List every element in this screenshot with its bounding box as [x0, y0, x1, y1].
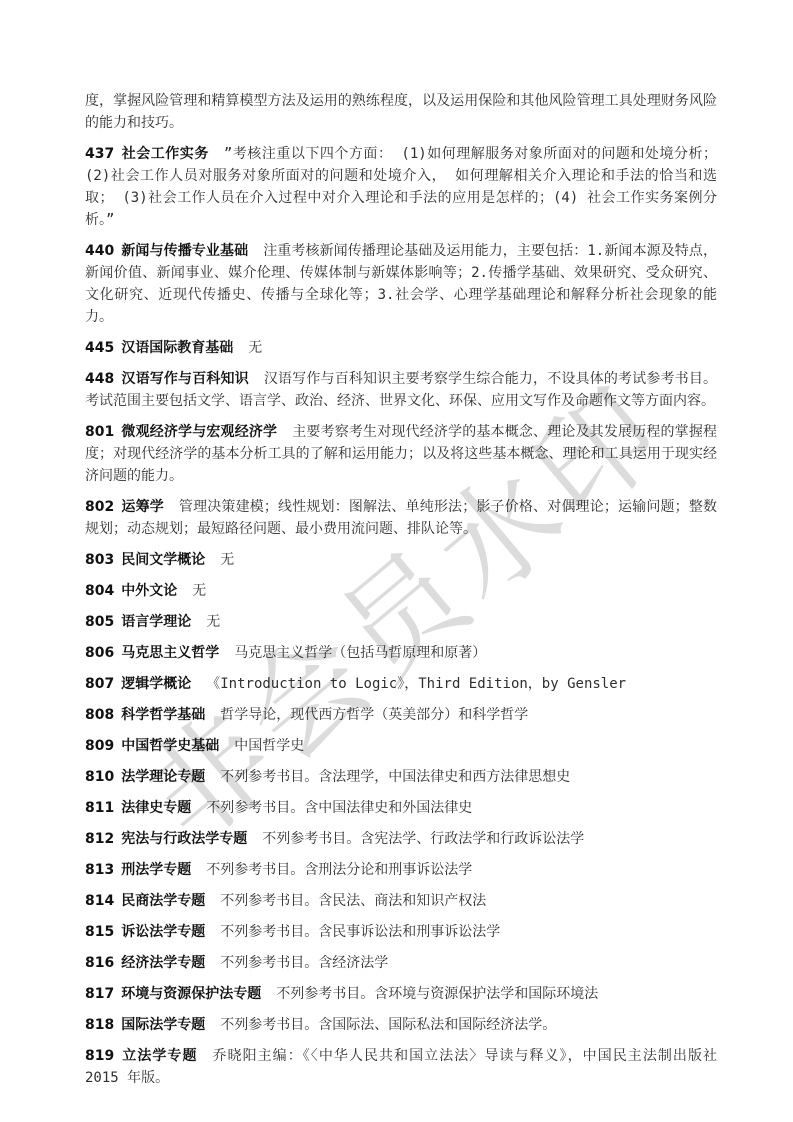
subject-code: 805: [85, 614, 114, 630]
subject-heading: 809中国哲学史基础: [85, 738, 219, 754]
subject-title: 法律史专题: [121, 800, 191, 816]
subject-entry: 802运筹学管理决策建模；线性规划：图解法、单纯形法；影子价格、对偶理论；运输问…: [85, 496, 717, 540]
subject-heading: 803民间文学概论: [85, 552, 205, 568]
subject-entry: 437社会工作实务”考核注重以下四个方面： (1)如何理解服务对象所面对的问题和…: [85, 143, 717, 231]
subject-code: 817: [85, 986, 114, 1002]
subject-heading: 814民商法学专题: [85, 893, 205, 909]
subject-title: 环境与资源保护法专题: [121, 986, 261, 1002]
subject-description: 管理决策建模；线性规划：图解法、单纯形法；影子价格、对偶理论；运输问题；整数规划…: [85, 499, 717, 537]
subject-code: 807: [85, 676, 114, 692]
subject-description: 不列参考书目。含经济法学: [220, 955, 388, 971]
subject-code: 440: [85, 243, 114, 259]
subject-title: 新闻与传播专业基础: [121, 243, 248, 259]
subject-entry: 440新闻与传播专业基础注重考核新闻传播理论基础及运用能力，主要包括：1.新闻本…: [85, 240, 717, 328]
subject-entry: 815诉讼法学专题不列参考书目。含民事诉讼法和刑事诉讼法学: [85, 921, 717, 943]
subject-title: 微观经济学与宏观经济学: [121, 424, 277, 440]
subject-title: 民商法学专题: [121, 893, 205, 909]
subject-heading: 807逻辑学概论: [85, 676, 191, 692]
subject-description: 无: [192, 583, 206, 599]
subject-heading: 810法学理论专题: [85, 769, 205, 785]
subject-title: 法学理论专题: [121, 769, 205, 785]
intro-paragraph: 度，掌握风险管理和精算模型方法及运用的熟练程度，以及运用保险和其他风险管理工具处…: [85, 90, 717, 134]
subject-entry: 803民间文学概论无: [85, 549, 717, 571]
subject-entry: 819立法学专题乔晓阳主编：《〈中华人民共和国立法法〉导读与释义》，中国民主法制…: [85, 1045, 717, 1089]
subject-code: 801: [85, 424, 114, 440]
document-content: 度，掌握风险管理和精算模型方法及运用的熟练程度，以及运用保险和其他风险管理工具处…: [85, 90, 717, 1098]
subject-description: 不列参考书目。含法理学，中国法律史和西方法律思想史: [220, 769, 570, 785]
subject-entry: 814民商法学专题不列参考书目。含民法、商法和知识产权法: [85, 890, 717, 912]
subject-title: 诉讼法学专题: [121, 924, 205, 940]
subject-heading: 437社会工作实务: [85, 146, 209, 162]
subject-title: 语言学理论: [121, 614, 191, 630]
subject-code: 813: [85, 862, 114, 878]
subject-description: 马克思主义哲学（包括马哲原理和原著）: [234, 645, 486, 661]
subject-title: 社会工作实务: [121, 146, 209, 162]
subject-title: 运筹学: [121, 499, 164, 515]
subject-code: 804: [85, 583, 114, 599]
subject-heading: 806马克思主义哲学: [85, 645, 219, 661]
subject-code: 815: [85, 924, 114, 940]
subject-entry: 816经济法学专题不列参考书目。含经济法学: [85, 952, 717, 974]
subject-heading: 445汉语国际教育基础: [85, 340, 233, 356]
subject-code: 814: [85, 893, 114, 909]
subject-code: 819: [85, 1048, 114, 1064]
subject-title: 民间文学概论: [121, 552, 205, 568]
subject-title: 国际法学专题: [121, 1017, 205, 1033]
subject-code: 818: [85, 1017, 114, 1033]
subject-description: 无: [206, 614, 220, 630]
subject-code: 811: [85, 800, 114, 816]
subject-heading: 448汉语写作与百科知识: [85, 371, 249, 387]
subject-heading: 812宪法与行政法学专题: [85, 831, 247, 847]
subject-title: 立法学专题: [121, 1048, 197, 1064]
subject-entry: 813刑法学专题不列参考书目。含刑法分论和刑事诉讼法学: [85, 859, 717, 881]
subject-title: 中外文论: [121, 583, 177, 599]
subject-code: 809: [85, 738, 114, 754]
subject-description: 不列参考书目。含民事诉讼法和刑事诉讼法学: [220, 924, 500, 940]
subject-entry: 811法律史专题不列参考书目。含中国法律史和外国法律史: [85, 797, 717, 819]
subject-code: 812: [85, 831, 114, 847]
subject-entry: 817环境与资源保护法专题不列参考书目。含环境与资源保护法学和国际环境法: [85, 983, 717, 1005]
subject-entry: 809中国哲学史基础中国哲学史: [85, 735, 717, 757]
subject-entry: 812宪法与行政法学专题不列参考书目。含宪法学、行政法学和行政诉讼法学: [85, 828, 717, 850]
subject-description: 无: [220, 552, 234, 568]
subject-code: 802: [85, 499, 114, 515]
subject-title: 刑法学专题: [121, 862, 191, 878]
subject-title: 宪法与行政法学专题: [121, 831, 247, 847]
subject-description: 不列参考书目。含刑法分论和刑事诉讼法学: [206, 862, 472, 878]
subject-code: 808: [85, 707, 114, 723]
subject-heading: 802运筹学: [85, 499, 164, 515]
subject-title: 科学哲学基础: [121, 707, 205, 723]
subject-heading: 819立法学专题: [85, 1048, 198, 1064]
subject-description: 哲学导论，现代西方哲学（英美部分）和科学哲学: [220, 707, 528, 723]
subject-entry: 445汉语国际教育基础无: [85, 337, 717, 359]
subject-title: 中国哲学史基础: [121, 738, 219, 754]
subject-description: 《Introduction to Logic》，Third Edition，by…: [206, 676, 626, 692]
subject-description: 中国哲学史: [234, 738, 304, 754]
subject-description: 不列参考书目。含中国法律史和外国法律史: [206, 800, 472, 816]
subject-heading: 805语言学理论: [85, 614, 191, 630]
subject-heading: 811法律史专题: [85, 800, 191, 816]
subject-title: 汉语写作与百科知识: [121, 371, 249, 387]
subject-heading: 440新闻与传播专业基础: [85, 243, 248, 259]
subject-code: 445: [85, 340, 114, 356]
subject-entry: 810法学理论专题不列参考书目。含法理学，中国法律史和西方法律思想史: [85, 766, 717, 788]
subject-code: 810: [85, 769, 114, 785]
subject-entries: 437社会工作实务”考核注重以下四个方面： (1)如何理解服务对象所面对的问题和…: [85, 143, 717, 1089]
subject-entry: 808科学哲学基础哲学导论，现代西方哲学（英美部分）和科学哲学: [85, 704, 717, 726]
subject-description: 不列参考书目。含民法、商法和知识产权法: [220, 893, 486, 909]
subject-description: 不列参考书目。含环境与资源保护法学和国际环境法: [276, 986, 598, 1002]
subject-heading: 813刑法学专题: [85, 862, 191, 878]
subject-description: 无: [248, 340, 262, 356]
subject-entry: 448汉语写作与百科知识汉语写作与百科知识主要考察学生综合能力，不设具体的考试参…: [85, 368, 717, 412]
subject-heading: 818国际法学专题: [85, 1017, 205, 1033]
subject-entry: 804中外文论无: [85, 580, 717, 602]
subject-title: 经济法学专题: [121, 955, 205, 971]
subject-description: 不列参考书目。含国际法、国际私法和国际经济法学。: [220, 1017, 556, 1033]
subject-entry: 818国际法学专题不列参考书目。含国际法、国际私法和国际经济法学。: [85, 1014, 717, 1036]
subject-code: 448: [85, 371, 114, 387]
subject-title: 逻辑学概论: [121, 676, 191, 692]
subject-heading: 816经济法学专题: [85, 955, 205, 971]
subject-code: 437: [85, 146, 114, 162]
subject-heading: 804中外文论: [85, 583, 177, 599]
subject-description: 不列参考书目。含宪法学、行政法学和行政诉讼法学: [262, 831, 584, 847]
subject-entry: 805语言学理论无: [85, 611, 717, 633]
subject-heading: 801微观经济学与宏观经济学: [85, 424, 277, 440]
subject-entry: 806马克思主义哲学马克思主义哲学（包括马哲原理和原著）: [85, 642, 717, 664]
subject-code: 803: [85, 552, 114, 568]
subject-heading: 817环境与资源保护法专题: [85, 986, 261, 1002]
subject-title: 汉语国际教育基础: [121, 340, 233, 356]
subject-heading: 808科学哲学基础: [85, 707, 205, 723]
subject-title: 马克思主义哲学: [121, 645, 219, 661]
subject-code: 816: [85, 955, 114, 971]
subject-entry: 801微观经济学与宏观经济学主要考察考生对现代经济学的基本概念、理论及其发展历程…: [85, 421, 717, 487]
subject-code: 806: [85, 645, 114, 661]
subject-entry: 807逻辑学概论《Introduction to Logic》，Third Ed…: [85, 673, 717, 695]
document-page: 非会员水印 度，掌握风险管理和精算模型方法及运用的熟练程度，以及运用保险和其他风…: [0, 0, 793, 1122]
subject-heading: 815诉讼法学专题: [85, 924, 205, 940]
